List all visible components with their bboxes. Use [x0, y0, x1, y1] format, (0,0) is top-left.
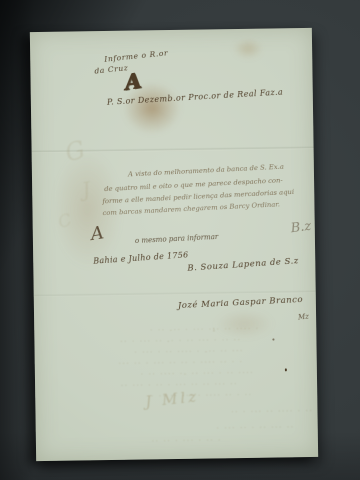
bleedthrough-row: · ··· · ·· ···· · -·· ·· ··· — [135, 349, 245, 357]
bleedthrough-row: ·· ·· · ··· · ·· · — [152, 438, 222, 445]
closing-line: o mesmo para informar — [135, 234, 219, 245]
signature-paraph-mark: Mz — [298, 314, 309, 322]
closing-initial: A — [90, 224, 106, 244]
bleedthrough-row: ·· · ··· ·· -· · ·· ··· · ·· ·· — [120, 338, 241, 346]
bleedthrough-row: · ··· ·· · ·· ··· ·· — [217, 425, 295, 432]
body-line-1: A vista do melhoramento da banca de S. E… — [128, 164, 284, 179]
archival-note-line1: Informe o R.or — [104, 49, 168, 63]
ink-speck — [285, 368, 287, 371]
photo-of-manuscript: G J C Informe o R.or da Cruz A P. S.or D… — [0, 0, 360, 480]
manuscript-paper-sheet: G J C Informe o R.or da Cruz A P. S.or D… — [30, 28, 318, 461]
bleedthrough-row: ·· · ··· ·· ···· · ·· — [231, 409, 313, 416]
side-flourish: B.z — [290, 220, 312, 235]
ink-stain — [214, 309, 274, 340]
ink-stain — [233, 39, 263, 59]
signature-1: B. Souza Lapena de S.z — [187, 257, 299, 273]
bleedthrough-row: ··· ·· · ··· ·· ·· · ···· ·· · · — [119, 360, 244, 368]
bottom-flourish: J Mlz — [145, 389, 200, 409]
ink-speck — [272, 339, 274, 341]
rubric-flourish: A — [123, 69, 142, 92]
bleedthrough-row: · ·· ···· ·- ·· ··· · ·· ···· — [141, 371, 255, 379]
